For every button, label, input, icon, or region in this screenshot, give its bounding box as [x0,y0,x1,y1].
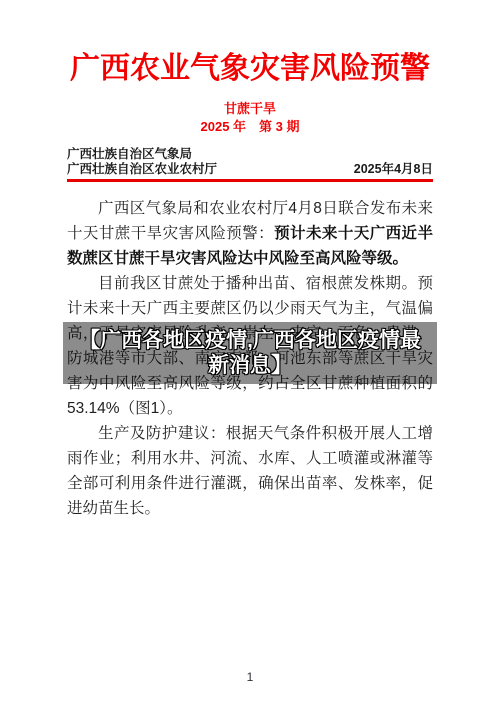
issuer-agriculture-department: 广西壮族自治区农业农村厅 [67,162,217,177]
issuer-meteorological-bureau: 广西壮族自治区气象局 [67,147,217,162]
document-content: 广西农业气象灾害风险预警 甘蔗干旱 2025 年 第 3 期 广西壮族自治区气象… [0,50,500,521]
page-number: 1 [0,670,500,684]
document-subject: 甘蔗干旱 [67,101,433,116]
issue-number: 2025 年 第 3 期 [67,119,433,134]
spam-overlay-text-line2: 新消息】 [208,353,292,378]
issuer-row: 广西壮族自治区气象局 广西壮族自治区农业农村厅 2025年4月8日 [67,147,433,177]
spam-overlay-text-line1: 【广西各地区疫情,广西各地区疫情最 [79,328,421,353]
issuer-names: 广西壮族自治区气象局 广西壮族自治区农业农村厅 [67,147,217,177]
red-divider-rule [67,179,433,182]
document-page: 广西农业气象灾害风险预警 甘蔗干旱 2025 年 第 3 期 广西壮族自治区气象… [0,0,500,707]
document-title: 广西农业气象灾害风险预警 [67,50,433,88]
spam-link-overlay[interactable]: 【广西各地区疫情,广西各地区疫情最 新消息】 [63,322,437,384]
paragraph-advice: 生产及防护建议：根据天气条件积极开展人工增雨作业；利用水井、河流、水库、人工喷灌… [67,421,433,521]
paragraph-forecast: 广西区气象局和农业农村厅4月8日联合发布未来十天甘蔗干旱灾害风险预警：预计未来十… [67,196,433,271]
issue-date: 2025年4月8日 [354,162,433,177]
